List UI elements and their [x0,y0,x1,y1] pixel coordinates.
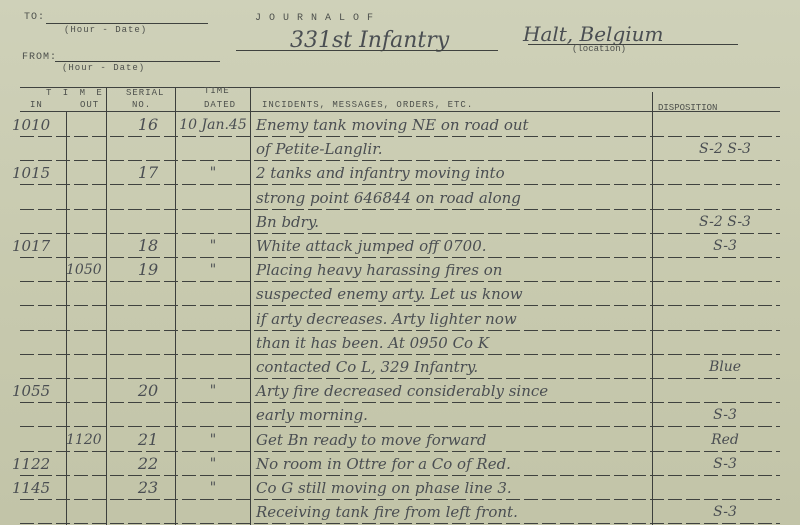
time-in [12,331,62,355]
serial-number: 19 [118,258,178,282]
disposition: S-3 [655,452,795,476]
time-out [66,282,106,306]
time-in [12,355,62,379]
disposition [655,379,795,403]
time-out [66,331,106,355]
time-dated: " [178,476,248,500]
table-row: Receiving tank fire from left front. S-3 [0,500,800,524]
time-out [66,161,106,185]
table-row: 1050 19 " Placing heavy harassing fires … [0,258,800,282]
disposition: S-3 [655,403,795,427]
table-row: strong point 646844 on road along [0,186,800,210]
time-in: 1010 [12,113,62,137]
time-dated: " [178,161,248,185]
time-in [12,210,62,234]
col-out: OUT [80,100,99,110]
disposition: Red [655,428,795,452]
time-in: 1055 [12,379,62,403]
time-out [66,113,106,137]
disposition: Blue [655,355,795,379]
time-in: 1017 [12,234,62,258]
time-in: 1122 [12,452,62,476]
time-out [66,403,106,427]
serial-number [118,186,178,210]
time-out [66,307,106,331]
time-out: 1120 [66,428,106,452]
time-in [12,186,62,210]
table-header-rule [20,111,780,112]
serial-number [118,500,178,524]
time-out [66,234,106,258]
incident-text: strong point 646844 on road along [256,186,656,210]
disposition [655,161,795,185]
table-row: 1055 20 " Arty fire decreased considerab… [0,379,800,403]
time-dated: " [178,428,248,452]
serial-number: 18 [118,234,178,258]
table-row: than it has been. At 0950 Co K [0,331,800,355]
from-label: FROM: [22,52,57,63]
time-in [12,307,62,331]
from-hint: (Hour - Date) [62,63,145,73]
time-in [12,137,62,161]
time-out [66,355,106,379]
time-dated [178,186,248,210]
serial-number [118,403,178,427]
time-in [12,428,62,452]
time-out [66,452,106,476]
location-line [528,44,738,45]
serial-number: 22 [118,452,178,476]
to-label: TO: [24,12,45,23]
to-line [46,23,208,24]
incident-text: Arty fire decreased considerably since [256,379,656,403]
serial-number [118,355,178,379]
time-out: 1050 [66,258,106,282]
time-out [66,500,106,524]
serial-number [118,282,178,306]
disposition: S-2 S-3 [655,210,795,234]
disposition [655,331,795,355]
table-row: 1122 22 " No room in Ottre for a Co of R… [0,452,800,476]
time-in [12,282,62,306]
table-row: of Petite-Langlir. S-2 S-3 [0,137,800,161]
serial-number: 17 [118,161,178,185]
col-incidents: INCIDENTS, MESSAGES, ORDERS, ETC. [262,100,473,110]
table-row: 1017 18 " White attack jumped off 0700. … [0,234,800,258]
disposition [655,307,795,331]
incident-text: Get Bn ready to move forward [256,428,656,452]
col-time: T I M E [46,88,105,98]
table-row: early morning. S-3 [0,403,800,427]
serial-number: 21 [118,428,178,452]
incident-text: Enemy tank moving NE on road out [256,113,656,137]
incident-text: of Petite-Langlir. [256,137,656,161]
disposition: S-2 S-3 [655,137,795,161]
time-out [66,210,106,234]
time-dated [178,355,248,379]
col-in: IN [30,100,43,110]
table-row: 1010 16 10 Jan.45 Enemy tank moving NE o… [0,113,800,137]
location-name: Halt, Belgium [523,22,664,46]
from-line [55,61,220,62]
disposition: S-3 [655,234,795,258]
incident-text: Receiving tank fire from left front. [256,500,656,524]
journal-page: TO: (Hour - Date) FROM: (Hour - Date) J … [0,0,800,525]
time-out [66,379,106,403]
time-dated [178,500,248,524]
incident-text: White attack jumped off 0700. [256,234,656,258]
serial-number [118,210,178,234]
table-row: 1015 17 " 2 tanks and infantry moving in… [0,161,800,185]
col-serial-no: NO. [132,100,151,110]
time-dated [178,331,248,355]
time-in: 1145 [12,476,62,500]
location-hint: (location) [572,44,626,54]
serial-number: 20 [118,379,178,403]
serial-number [118,137,178,161]
row-rule [20,523,780,524]
time-dated [178,282,248,306]
serial-number: 23 [118,476,178,500]
incident-text: Placing heavy harassing fires on [256,258,656,282]
time-dated: " [178,379,248,403]
time-dated: 10 Jan.45 [178,113,248,137]
col-serial: SERIAL [126,88,164,98]
table-row: Bn bdry. S-2 S-3 [0,210,800,234]
time-dated [178,307,248,331]
time-in: 1015 [12,161,62,185]
time-dated [178,210,248,234]
time-in [12,258,62,282]
disposition [655,258,795,282]
disposition [655,282,795,306]
time-dated: " [178,452,248,476]
time-out [66,186,106,210]
col-time-dated-2: DATED [204,100,236,110]
time-dated: " [178,258,248,282]
incident-text: contacted Co L, 329 Infantry. [256,355,656,379]
disposition [655,186,795,210]
serial-number [118,307,178,331]
disposition [655,113,795,137]
time-in [12,403,62,427]
time-dated [178,403,248,427]
table-row: 1145 23 " Co G still moving on phase lin… [0,476,800,500]
serial-number [118,331,178,355]
incident-text: Co G still moving on phase line 3. [256,476,656,500]
time-dated [178,137,248,161]
incident-text: No room in Ottre for a Co of Red. [256,452,656,476]
incident-text: 2 tanks and infantry moving into [256,161,656,185]
incident-text: than it has been. At 0950 Co K [256,331,656,355]
to-hint: (Hour - Date) [64,25,147,35]
serial-number: 16 [118,113,178,137]
table-row: suspected enemy arty. Let us know [0,282,800,306]
incident-text: early morning. [256,403,656,427]
table-row: 1120 21 " Get Bn ready to move forward R… [0,428,800,452]
unit-line [236,50,498,51]
time-dated: " [178,234,248,258]
table-row: if arty decreases. Arty lighter now [0,307,800,331]
col-time-dated-1: TIME [204,86,230,96]
time-out [66,476,106,500]
incident-text: Bn bdry. [256,210,656,234]
incident-text: if arty decreases. Arty lighter now [256,307,656,331]
disposition [655,476,795,500]
time-in [12,500,62,524]
disposition: S-3 [655,500,795,524]
journal-label: J O U R N A L O F [255,13,374,24]
time-out [66,137,106,161]
table-row: contacted Co L, 329 Infantry. Blue [0,355,800,379]
incident-text: suspected enemy arty. Let us know [256,282,656,306]
